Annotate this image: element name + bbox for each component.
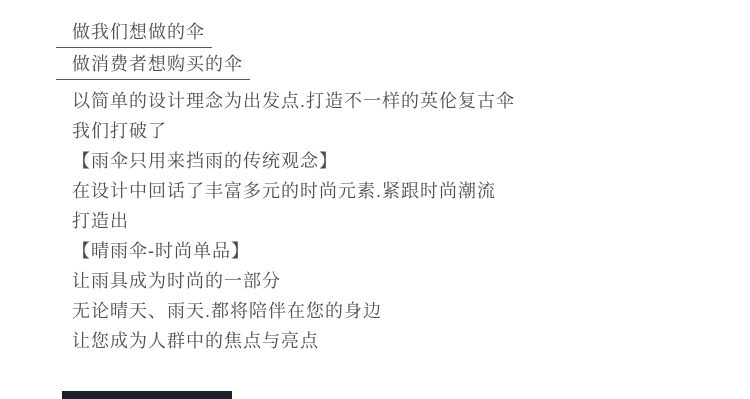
product-copy-block: 做我们想做的伞 做消费者想购买的伞 以简单的设计理念为出发点.打造不一样的英伦复…	[72, 14, 515, 356]
next-section-peek-strip	[62, 391, 232, 399]
product-description-page: { "page": { "background": "#ffffff", "te…	[0, 0, 750, 399]
slogan-row-1: 做我们想做的伞	[72, 22, 515, 48]
slogan-line-2: 做消费者想购买的伞	[56, 55, 250, 80]
slogan-row-2: 做消费者想购买的伞	[72, 54, 515, 80]
copy-line: 以简单的设计理念为出发点.打造不一样的英伦复古伞	[72, 86, 515, 116]
copy-line-bracketed: 【雨伞只用来挡雨的传统观念】	[72, 146, 515, 176]
copy-line: 让雨具成为时尚的一部分	[72, 266, 515, 296]
copy-line: 我们打破了	[72, 116, 515, 146]
copy-line: 打造出	[72, 206, 515, 236]
description-paragraph: 以简单的设计理念为出发点.打造不一样的英伦复古伞 我们打破了 【雨伞只用来挡雨的…	[72, 86, 515, 356]
copy-line: 在设计中回话了丰富多元的时尚元素.紧跟时尚潮流	[72, 176, 515, 206]
copy-line-bracketed: 【晴雨伞-时尚单品】	[72, 236, 515, 266]
copy-line: 无论晴天、雨天.都将陪伴在您的身边	[72, 296, 515, 326]
slogan-line-1: 做我们想做的伞	[56, 23, 212, 48]
copy-line: 让您成为人群中的焦点与亮点	[72, 326, 515, 356]
